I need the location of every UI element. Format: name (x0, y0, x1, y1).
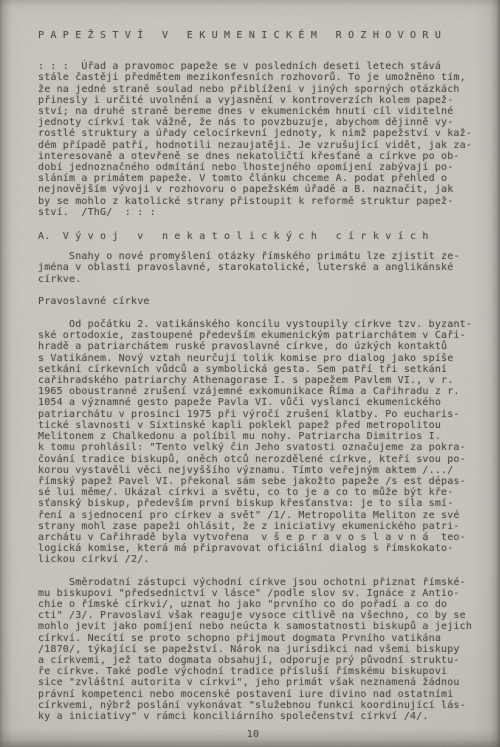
intro-paragraph: : : : Úřad a pravomoc papeže se v posled… (38, 61, 482, 218)
scanned-document-page: P A P E Ž S T V Í V E K U M E N I C K É … (0, 0, 500, 747)
page-number: 10 (38, 729, 468, 740)
orthodox-paragraph-2: Směrodatní zástupci východní církve jsou… (38, 577, 482, 723)
page-title: P A P E Ž S T V Í V E K U M E N I C K É … (38, 30, 482, 41)
orthodox-paragraph-1: Od počátku 2. vatikánského koncilu vysto… (38, 319, 482, 565)
section-a-lead-paragraph: Snahy o nové promyšlení otázky římského … (38, 251, 482, 285)
section-a-heading: A. V ý v o j v n e k a t o l i c k ý c h… (38, 231, 482, 242)
orthodox-churches-heading: Pravoslavné církve (38, 296, 482, 307)
